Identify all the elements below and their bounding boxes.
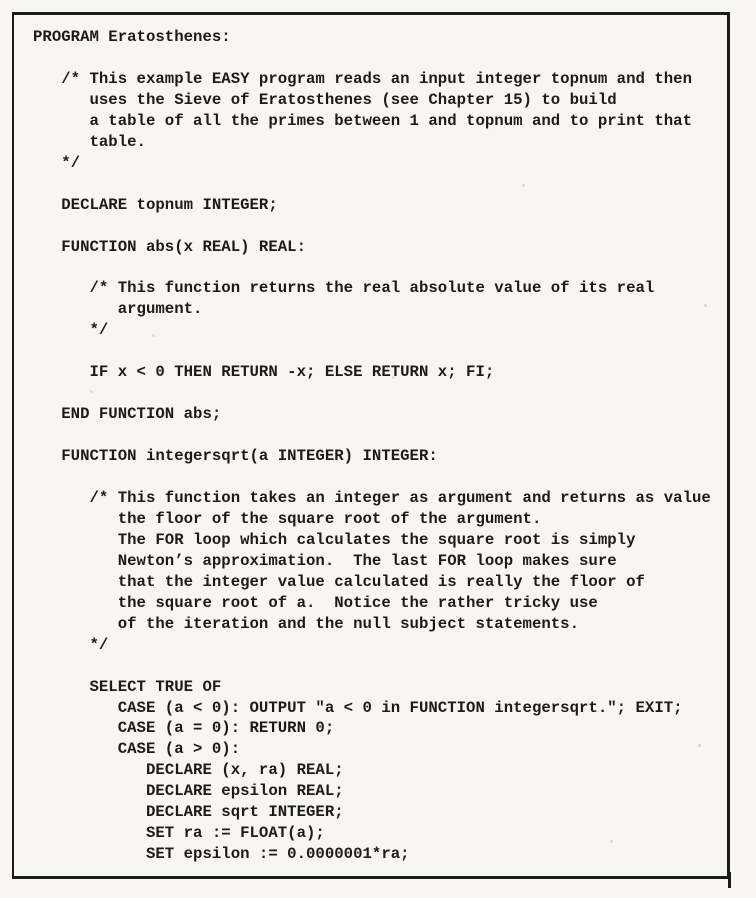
- code-line: [33, 216, 711, 237]
- code-line: a table of all the primes between 1 and …: [33, 111, 711, 132]
- code-line: SET ra := FLOAT(a);: [33, 823, 711, 844]
- scanned-page: PROGRAM Eratosthenes: /* This example EA…: [0, 0, 756, 898]
- code-line: PROGRAM Eratosthenes:: [33, 27, 711, 48]
- code-line: END FUNCTION abs;: [33, 404, 711, 425]
- code-line: [33, 341, 711, 362]
- frame-corner-artifact: [728, 872, 731, 888]
- code-line: DECLARE epsilon REAL;: [33, 781, 711, 802]
- code-line: /* This function returns the real absolu…: [33, 278, 711, 299]
- code-line: [33, 425, 711, 446]
- code-line: CASE (a > 0):: [33, 739, 711, 760]
- code-line: table.: [33, 132, 711, 153]
- code-line: /* This function takes an integer as arg…: [33, 488, 711, 509]
- code-line: CASE (a < 0): OUTPUT "a < 0 in FUNCTION …: [33, 698, 711, 719]
- code-line: [33, 383, 711, 404]
- code-line: DECLARE sqrt INTEGER;: [33, 802, 711, 823]
- code-line: [33, 48, 711, 69]
- code-line: */: [33, 635, 711, 656]
- code-line: DECLARE (x, ra) REAL;: [33, 760, 711, 781]
- code-line: FUNCTION abs(x REAL) REAL:: [33, 237, 711, 258]
- code-line: the square root of a. Notice the rather …: [33, 593, 711, 614]
- code-line: [33, 656, 711, 677]
- code-line: FUNCTION integersqrt(a INTEGER) INTEGER:: [33, 446, 711, 467]
- code-line: [33, 467, 711, 488]
- code-line: [33, 174, 711, 195]
- code-line: CASE (a = 0): RETURN 0;: [33, 718, 711, 739]
- code-line: /* This example EASY program reads an in…: [33, 69, 711, 90]
- code-line: uses the Sieve of Eratosthenes (see Chap…: [33, 90, 711, 111]
- code-line: The FOR loop which calculates the square…: [33, 530, 711, 551]
- code-line: that the integer value calculated is rea…: [33, 572, 711, 593]
- code-line: DECLARE topnum INTEGER;: [33, 195, 711, 216]
- code-line: argument.: [33, 299, 711, 320]
- code-line: SELECT TRUE OF: [33, 677, 711, 698]
- program-listing: PROGRAM Eratosthenes: /* This example EA…: [33, 27, 711, 865]
- code-line: */: [33, 153, 711, 174]
- code-line: Newton’s approximation. The last FOR loo…: [33, 551, 711, 572]
- scan-noise: [300, 122, 303, 125]
- code-line: the floor of the square root of the argu…: [33, 509, 711, 530]
- code-line: IF x < 0 THEN RETURN -x; ELSE RETURN x; …: [33, 362, 711, 383]
- code-line: */: [33, 320, 711, 341]
- code-line: SET epsilon := 0.0000001*ra;: [33, 844, 711, 865]
- code-line: [33, 257, 711, 278]
- code-line: of the iteration and the null subject st…: [33, 614, 711, 635]
